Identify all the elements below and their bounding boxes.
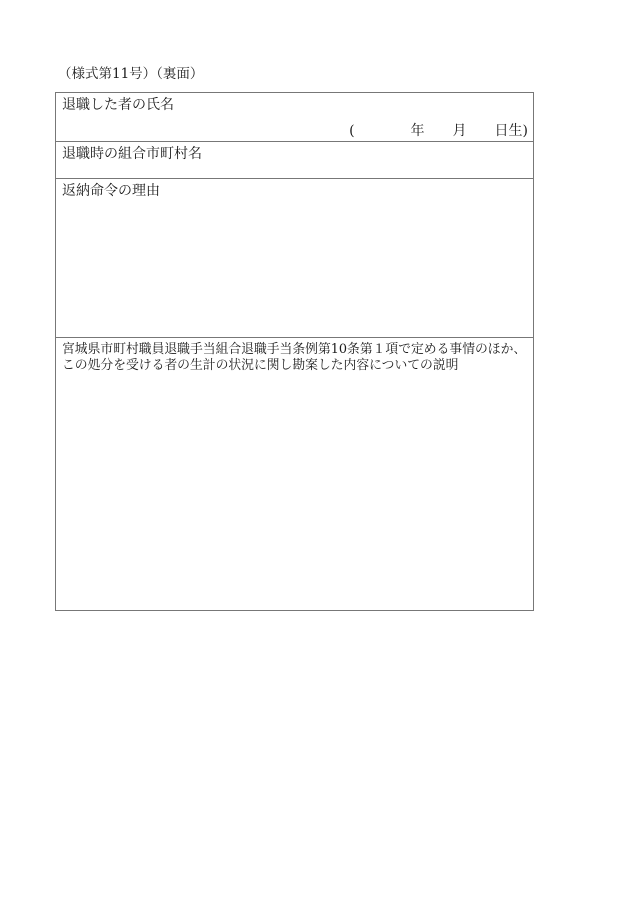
retiree-name-row: 退職した者の氏名 ( 年 月 日生) (56, 93, 533, 141)
form-table: 退職した者の氏名 ( 年 月 日生) 退職時の組合市町村名 返納命令の理由 宮城… (55, 92, 534, 611)
livelihood-explanation-label: 宮城県市町村職員退職手当組合退職手当条例第10条第１項で定める事情のほか、この処… (56, 338, 533, 373)
form-code-label: （様式第11号）（裏面） (58, 66, 203, 82)
municipality-row: 退職時の組合市町村名 (56, 141, 533, 178)
document-page: （様式第11号）（裏面） 退職した者の氏名 ( 年 月 日生) 退職時の組合市町… (0, 0, 630, 903)
return-order-reason-label: 返納命令の理由 (56, 179, 533, 200)
return-order-reason-row: 返納命令の理由 (56, 178, 533, 337)
municipality-label: 退職時の組合市町村名 (56, 142, 533, 163)
retiree-name-label: 退職した者の氏名 (56, 93, 533, 114)
birthdate-blank-line: ( 年 月 日生) (349, 123, 528, 140)
livelihood-explanation-row: 宮城県市町村職員退職手当組合退職手当条例第10条第１項で定める事情のほか、この処… (56, 337, 533, 608)
